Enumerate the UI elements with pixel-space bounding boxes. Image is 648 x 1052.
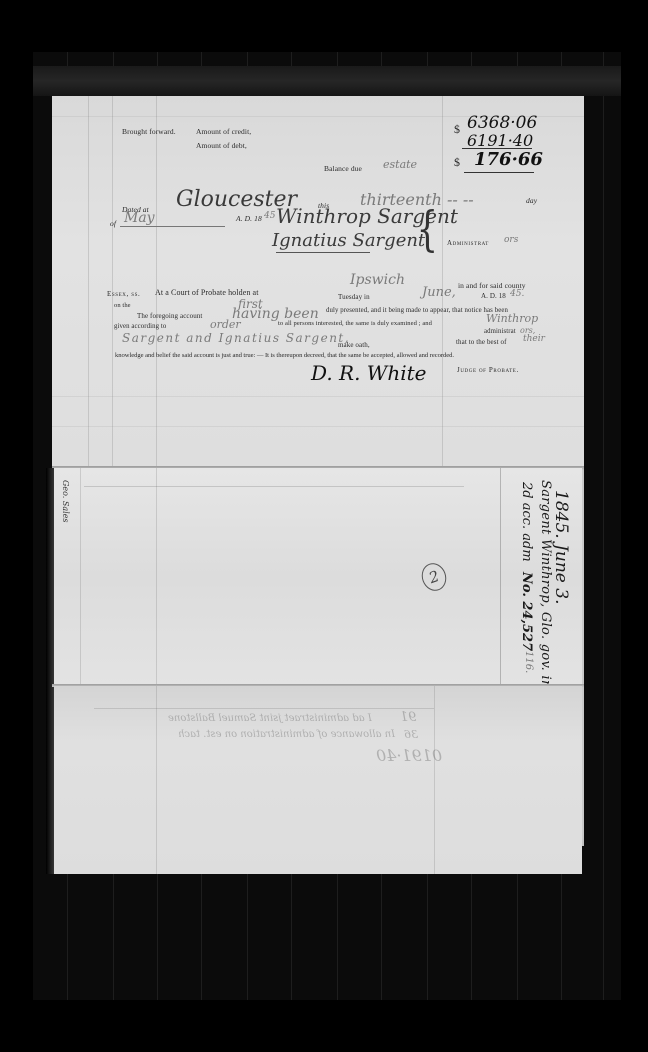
administrators-names: Sargent and Ignatius Sargent, [122, 331, 350, 345]
balance-due-to: estate [383, 158, 417, 171]
best-of-hand: their [523, 334, 545, 344]
court-year-suffix: 45. [510, 289, 524, 299]
docket-date: 1845. June 3. [551, 490, 571, 604]
presented-text: duly presented, and it being made to app… [326, 307, 508, 314]
weekday-label: Tuesday in [338, 293, 370, 301]
of-label: of [110, 219, 116, 228]
left-margin-note: Geo. Sales [61, 480, 70, 523]
credit-currency: $ [454, 122, 460, 137]
court-line-label: At a Court of Probate holden at [155, 288, 259, 297]
court-month: June, [422, 285, 456, 300]
dated-month: May [124, 210, 155, 226]
docket-number: No. 24,527 [519, 572, 534, 651]
bleed-through-line-2: In allowance of administration on est. t… [178, 729, 395, 740]
balance-currency: $ [454, 155, 460, 170]
docket-panel [54, 468, 582, 686]
bleed-through-line-1: I ad administraet jsint Samuel Ballstone [168, 713, 372, 724]
administrat-label: administrat [484, 328, 516, 335]
credit-label: Amount of credit, [196, 127, 251, 136]
court-place: Ipswich [350, 272, 405, 288]
balance-amount: 176·66 [474, 149, 543, 170]
bleed-through-amount-1: 91 [400, 710, 417, 725]
decree-text: knowledge and belief the said account is… [115, 352, 454, 359]
judge-label: Judge of Probate. [457, 366, 519, 374]
administrator-suffix: ors [504, 235, 518, 245]
balance-rule [464, 172, 534, 173]
docket-account: 2d acc. adm [519, 482, 534, 562]
county-label: Essex, ss. [107, 290, 140, 298]
given-handwritten: order [210, 318, 241, 331]
judge-signature: D. R. White [311, 361, 427, 385]
docket-page-ref: 116. [523, 651, 534, 673]
on-the-label: on the [114, 302, 131, 309]
balance-label: Balance due [324, 164, 362, 173]
film-edge [33, 66, 621, 96]
foregoing-label: The foregoing account [137, 312, 202, 320]
debt-label: Amount of debt, [196, 141, 247, 150]
given-label: given according to [114, 323, 166, 330]
bleed-through-amount-2: 36 [404, 728, 418, 741]
credit-amount: 6368·06 [467, 113, 537, 133]
dated-year-suffix: 45 [264, 211, 275, 221]
administrator-label: Administrat [447, 239, 489, 247]
best-of-label: that to the best of [456, 338, 507, 346]
oath-label: make oath, [338, 341, 370, 349]
signature-ignatius-sargent: Ignatius Sargent [272, 230, 425, 251]
brought-forward-label: Brought forward. [122, 127, 176, 136]
bleed-through-total: 0191·40 [376, 746, 442, 765]
interested-text: to all persons interested, the same is d… [278, 320, 432, 327]
ad-label: A. D. 18 [236, 214, 262, 223]
brace-icon: { [417, 205, 438, 253]
court-ad-label: A. D. 18 [481, 292, 506, 300]
admin-name-hand: Winthrop [486, 312, 538, 325]
docket-name: Sargent Winthrop, Glo. gov. int. [538, 480, 553, 699]
day-label: day [526, 196, 537, 205]
